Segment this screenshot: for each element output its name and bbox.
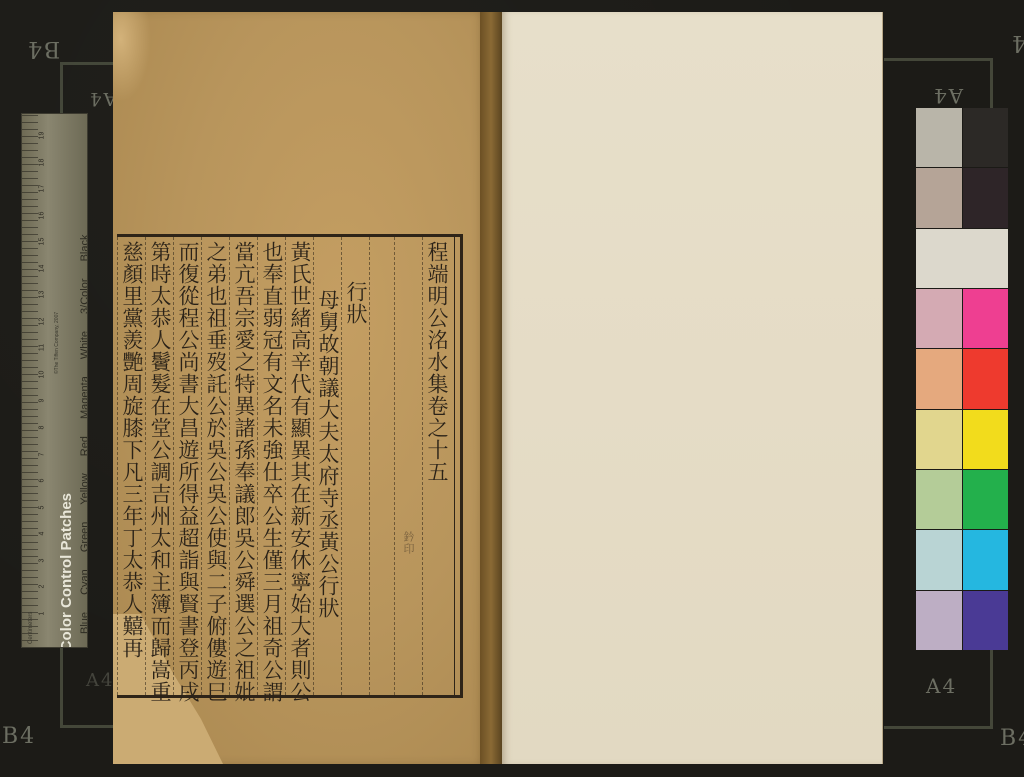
ruler-number: 12	[39, 315, 46, 327]
text-column-subtitle: 母舅故朝議大夫太府寺丞黃公行狀	[313, 237, 341, 695]
text-column-body: 第時太恭人鬢髮在堂公調吉州太和主簿而歸嵩重	[145, 237, 173, 695]
body-text-line: 黃氏世緒高辛代有顯異其在新安休寧始大者則公	[286, 241, 313, 703]
ruler-number: 9	[39, 395, 46, 407]
patch-magenta	[963, 289, 1009, 348]
essay-title: 母舅故朝議大夫太府寺丞黃公行狀	[314, 289, 341, 619]
ruler-number: 5	[39, 501, 46, 513]
body-text-line: 而復從程公尚書大昌遊所得益超詣與賢書登丙戌	[174, 241, 201, 703]
tiffen-color-control-ruler: 1 2 3 4 5 6 7 8 9 10 11 12 13 14 15 16 1…	[21, 113, 88, 648]
right-book-page-blank	[502, 12, 882, 764]
ownership-seal: 鈐印	[395, 531, 422, 555]
patch-pale-lavender	[916, 591, 962, 650]
ruler-color-label: Yellow	[79, 473, 88, 504]
text-column-body: 黃氏世緒高辛代有顯異其在新安休寧始大者則公	[285, 237, 313, 695]
text-column-body: 當亢吾宗愛之特異諸孫奉議郎吳公舜選公之祖妣	[229, 237, 257, 695]
size-label-a4-bottom-left: A4	[86, 670, 114, 691]
ruler-number: 10	[39, 368, 46, 380]
ruler-number: 8	[39, 422, 46, 434]
ruler-color-label: 3/Color	[79, 278, 88, 313]
ruler-product-name: Color Control Patches	[58, 493, 75, 648]
ruler-color-label: Green	[79, 522, 88, 553]
ruler-numbers: 1 2 3 4 5 6 7 8 9 10 11 12 13 14 15 16 1…	[36, 114, 48, 647]
size-label-b4-top-left: B4	[26, 36, 60, 61]
patch-black	[963, 108, 1009, 167]
ruler-color-label: Magenta	[79, 376, 88, 419]
patch-dark-brown	[963, 168, 1009, 227]
section-heading: 行狀	[342, 281, 369, 325]
ruler-number: 19	[39, 130, 46, 142]
body-text-line: 慈顏里黨羨艷周旋膝下凡三年丁太恭人囏再	[118, 241, 145, 659]
color-calibration-patches	[916, 108, 1008, 650]
ruler-number: 4	[39, 528, 46, 540]
ruler-number: 18	[39, 156, 46, 168]
patch-warm-gray	[916, 168, 962, 227]
ruler-color-label: Blue	[79, 612, 88, 634]
patch-pale-yellow	[916, 410, 962, 469]
imaging-board: B4 A4 A4 B4 B4 A4 A4 B4 1 2 3 4 5 6 7 8 …	[0, 0, 1024, 777]
patch-pale-pink	[916, 289, 962, 348]
ruler-number: 1	[39, 607, 46, 619]
patch-light-gray	[916, 108, 962, 167]
patch-cyan	[963, 530, 1009, 589]
patch-pale-green	[916, 470, 962, 529]
ruler-color-label: Red	[79, 436, 88, 456]
ruler-color-label: Cyan	[79, 569, 88, 595]
text-column-title: 程端明公洺水集卷之十五	[422, 237, 450, 695]
ruler-brand: TIFFEN Color Control Patches	[58, 493, 75, 648]
size-label-b4-top-right: B4	[1010, 30, 1024, 55]
ruler-color-labels: Blue Cyan Green Yellow Red Magenta White…	[79, 235, 88, 635]
ruler-copyright: ©The Tiffen Company, 2007	[54, 312, 60, 374]
printed-text-block: 程端明公洺水集卷之十五 鈐印 行狀 母舅故朝議大夫太府寺丞黃公行狀 黃氏世緒高辛…	[117, 234, 463, 698]
text-column-heading: 行狀	[341, 237, 369, 695]
ruler-number: 17	[39, 183, 46, 195]
size-label-b4-bottom-right: B4	[1000, 726, 1024, 751]
patch-pale-orange	[916, 349, 962, 408]
volume-title: 程端明公洺水集卷之十五	[423, 241, 450, 483]
ruler-unit-label: Centimeters	[28, 612, 34, 644]
body-text-line: 當亢吾宗愛之特異諸孫奉議郎吳公舜選公之祖妣	[230, 241, 257, 703]
patch-pale-cyan	[916, 530, 962, 589]
text-column-body: 而復從程公尚書大昌遊所得益超詣與賢書登丙戌	[173, 237, 201, 695]
text-column-seal: 鈐印	[394, 237, 422, 695]
patch-green	[963, 470, 1009, 529]
ruler-number: 13	[39, 289, 46, 301]
ruler-color-label: White	[79, 331, 88, 359]
ruler-number: 15	[39, 236, 46, 248]
left-book-page: 程端明公洺水集卷之十五 鈐印 行狀 母舅故朝議大夫太府寺丞黃公行狀 黃氏世緒高辛…	[113, 12, 493, 764]
ruler-number: 11	[39, 342, 46, 354]
ruler-number: 2	[39, 581, 46, 593]
body-text-line: 之弟也祖垂歿託公於吳公吳公使與二子俯僂遊巳	[202, 241, 229, 703]
patch-blue-violet	[963, 591, 1009, 650]
ruler-number: 7	[39, 448, 46, 460]
book-gutter	[480, 12, 502, 764]
paper-stain	[113, 12, 151, 102]
body-text-line: 第時太恭人鬢髮在堂公調吉州太和主簿而歸嵩重	[146, 241, 173, 703]
patch-white	[916, 229, 1008, 288]
ruler-number: 14	[39, 262, 46, 274]
text-column-body: 之弟也祖垂歿託公於吳公吳公使與二子俯僂遊巳	[201, 237, 229, 695]
body-text-line: 也奉直弱冠有文名未強仕卒公生僅三月祖奇公謂	[258, 241, 285, 703]
text-column-body: 也奉直弱冠有文名未強仕卒公生僅三月祖奇公謂	[257, 237, 285, 695]
patch-red	[963, 349, 1009, 408]
text-columns: 程端明公洺水集卷之十五 鈐印 行狀 母舅故朝議大夫太府寺丞黃公行狀 黃氏世緒高辛…	[117, 237, 450, 695]
size-label-a4-top-right: A4	[932, 84, 963, 108]
text-column-body: 慈顏里黨羨艷周旋膝下凡三年丁太恭人囏再	[117, 237, 145, 695]
ruler-color-label: Black	[79, 235, 88, 262]
frame-inner-rule	[454, 237, 455, 695]
size-label-b4-bottom-left: B4	[2, 724, 36, 749]
size-label-a4-bottom-right: A4	[926, 674, 957, 698]
text-column-blank	[369, 237, 394, 695]
ruler-number: 3	[39, 554, 46, 566]
ruler-number: 6	[39, 475, 46, 487]
patch-yellow	[963, 410, 1009, 469]
ruler-number: 16	[39, 209, 46, 221]
